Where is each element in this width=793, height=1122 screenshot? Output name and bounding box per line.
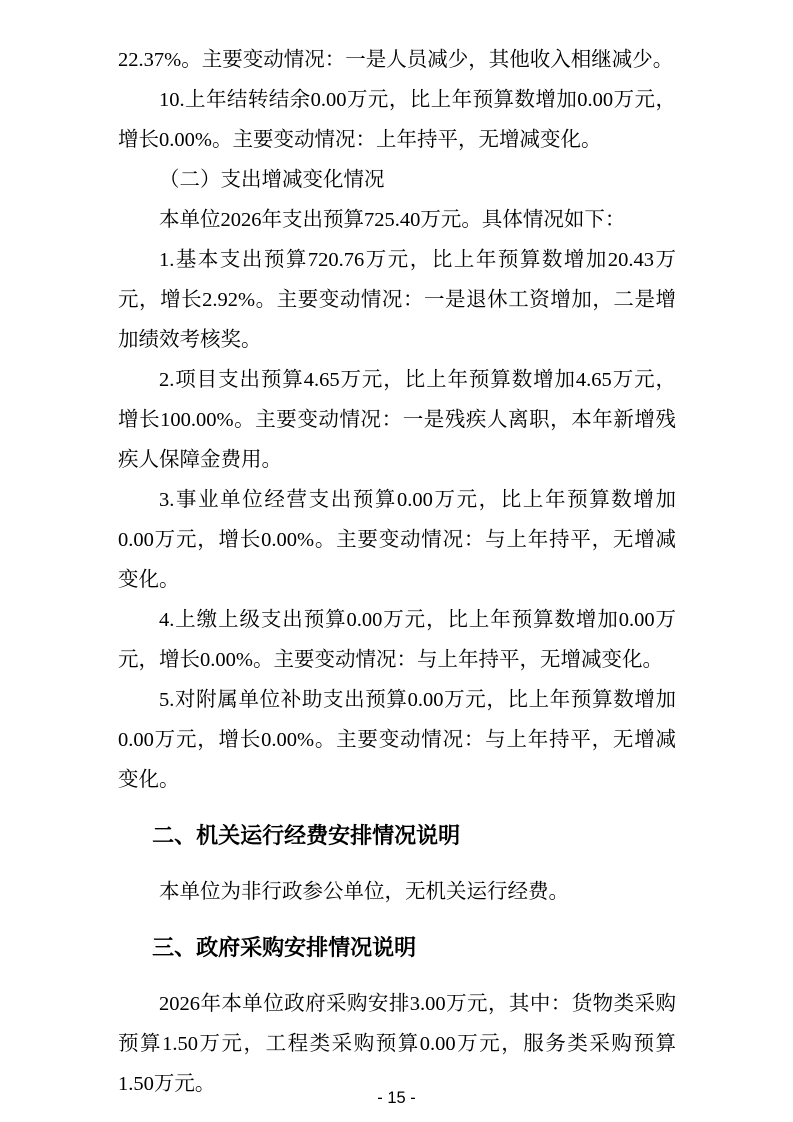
paragraph-item-1-basic-expenditure: 1.基本支出预算720.76万元，比上年预算数增加20.43万元，增长2.92%… xyxy=(118,240,676,360)
paragraph-expenditure-total: 本单位2026年支出预算725.40万元。具体情况如下： xyxy=(118,200,676,240)
paragraph-item-2-project-expenditure: 2.项目支出预算4.65万元，比上年预算数增加4.65万元，增长100.00%。… xyxy=(118,360,676,480)
paragraph-item-5-subsidiary-subsidy: 5.对附属单位补助支出预算0.00万元，比上年预算数增加0.00万元，增长0.0… xyxy=(118,680,676,800)
section-heading-government-procurement: 三、政府采购安排情况说明 xyxy=(118,928,676,968)
page-number: - 15 - xyxy=(0,1088,793,1108)
paragraph-item-3-operating-expenditure: 3.事业单位经营支出预算0.00万元，比上年预算数增加0.00万元，增长0.00… xyxy=(118,480,676,600)
paragraph-government-procurement: 2026年本单位政府采购安排3.00万元，其中：货物类采购预算1.50万元，工程… xyxy=(118,984,676,1104)
paragraph-income-change-continuation: 22.37%。主要变动情况：一是人员减少，其他收入相继减少。 xyxy=(118,40,676,80)
paragraph-item-4-upward-payment: 4.上缴上级支出预算0.00万元，比上年预算数增加0.00万元，增长0.00%。… xyxy=(118,600,676,680)
document-page: 22.37%。主要变动情况：一是人员减少，其他收入相继减少。 10.上年结转结余… xyxy=(0,0,793,1122)
subsection-title-expenditure-changes: （二）支出增减变化情况 xyxy=(118,160,676,200)
paragraph-agency-operating-funds: 本单位为非行政参公单位，无机关运行经费。 xyxy=(118,872,676,912)
section-heading-agency-operating-funds: 二、机关运行经费安排情况说明 xyxy=(118,816,676,856)
paragraph-item-10-carryover: 10.上年结转结余0.00万元，比上年预算数增加0.00万元，增长0.00%。主… xyxy=(118,80,676,160)
